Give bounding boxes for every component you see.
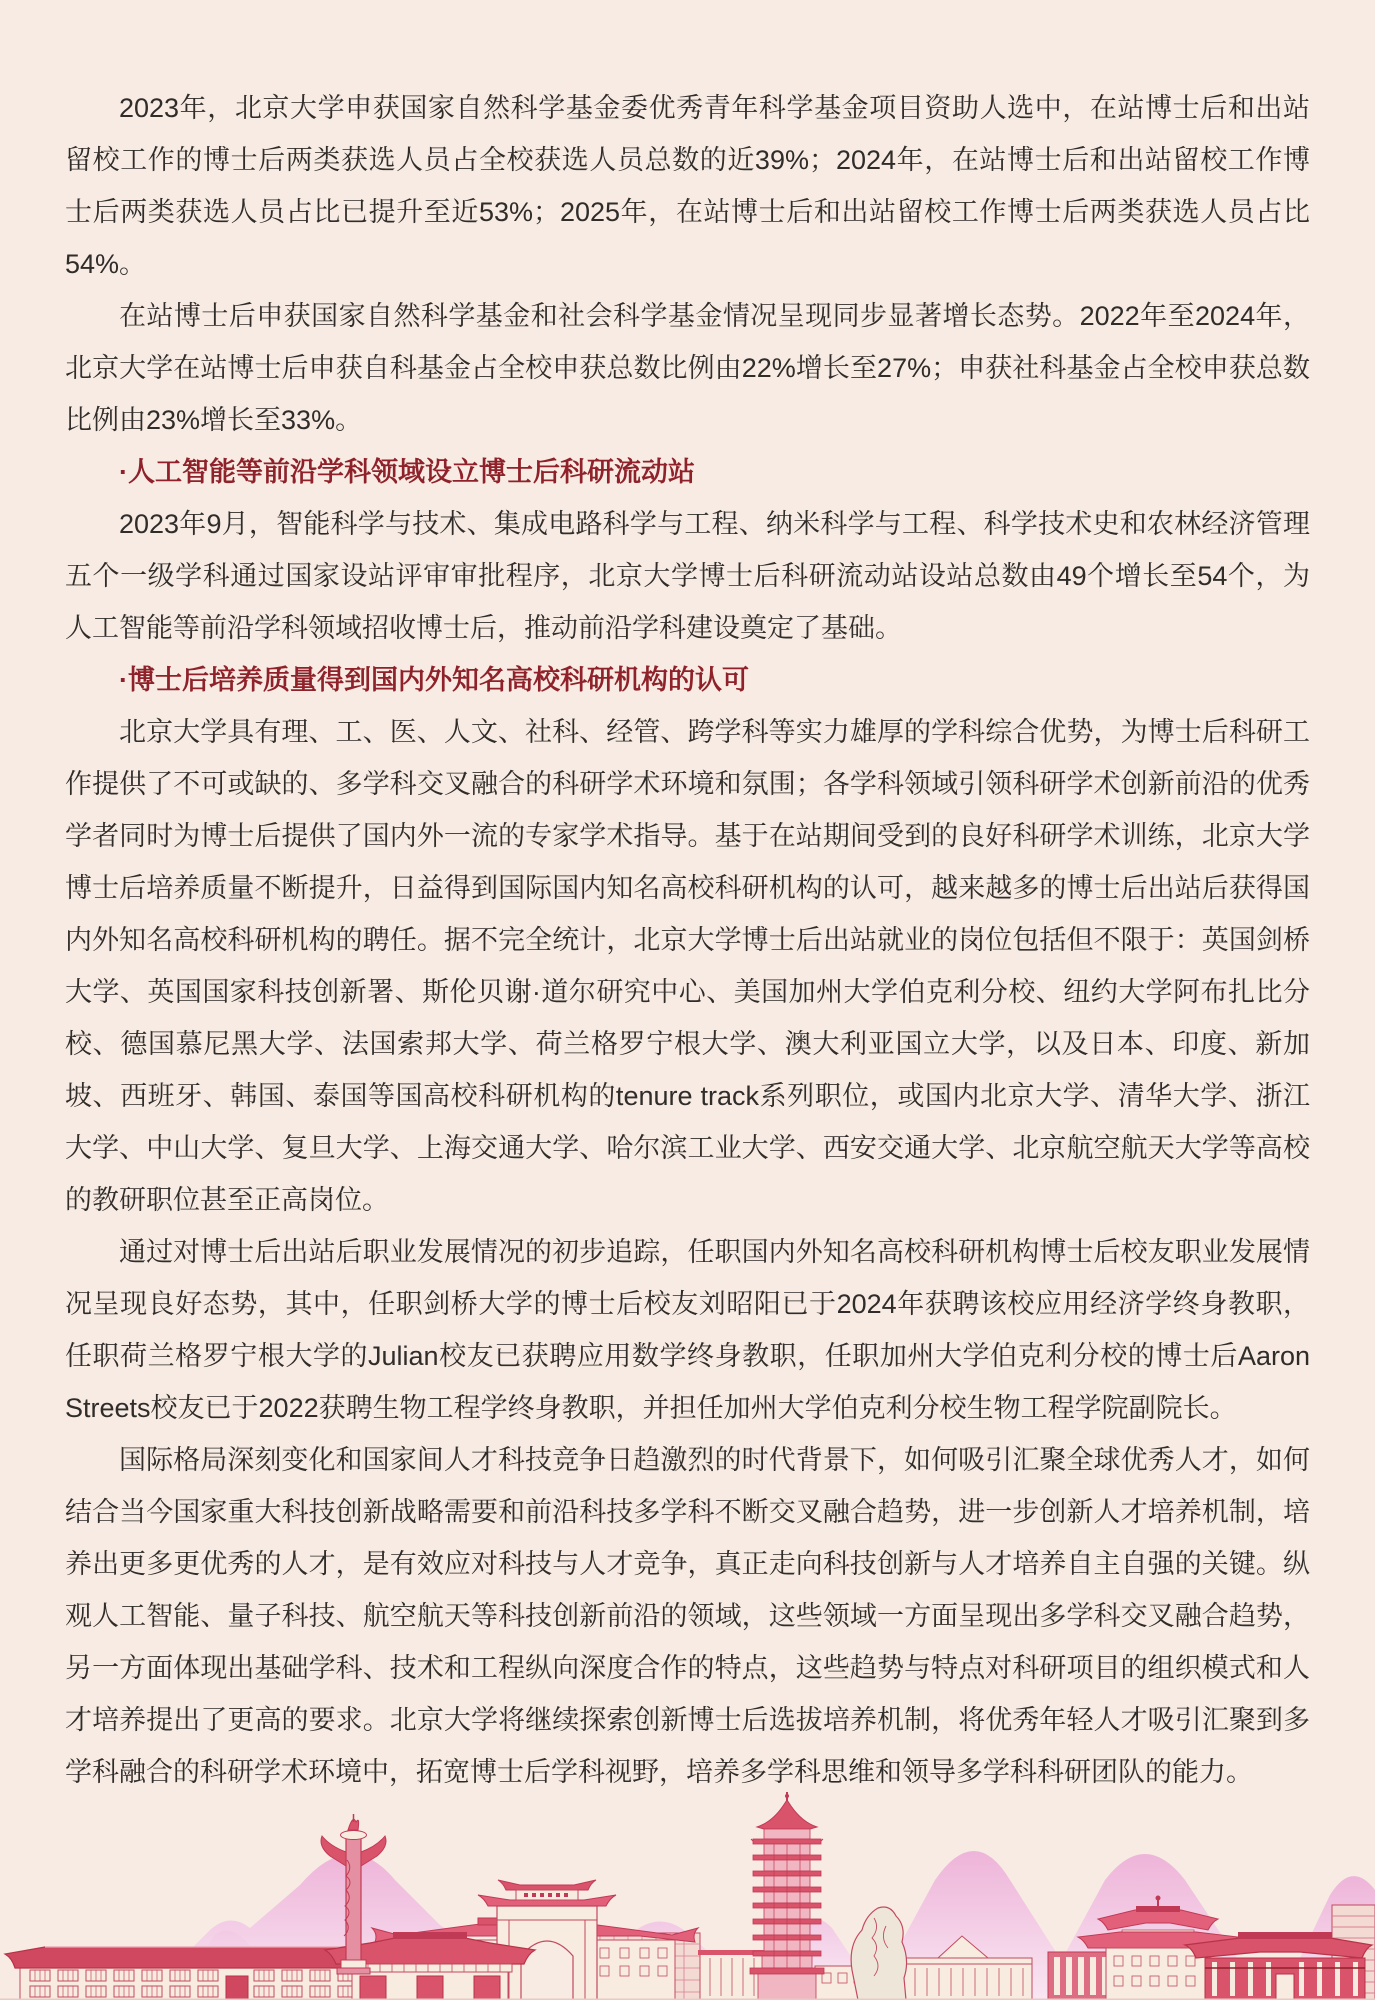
body-paragraph: 北京大学具有理、工、医、人文、社科、经管、跨学科等实力雄厚的学科综合优势，为博士… [65, 706, 1310, 1226]
body-paragraph: 2023年9月，智能科学与技术、集成电路科学与工程、纳米科学与工程、科学技术史和… [65, 498, 1310, 654]
body-paragraph: 通过对博士后出站后职业发展情况的初步追踪，任职国内外知名高校科研机构博士后校友职… [65, 1226, 1310, 1434]
article-body: 2023年，北京大学申获国家自然科学基金委优秀青年科学基金项目资助人选中，在站博… [65, 82, 1310, 1798]
boya-pagoda [750, 1792, 824, 2000]
skyline-svg [0, 1730, 1375, 2000]
section-heading: ·人工智能等前沿学科领域设立博士后科研流动站 [65, 446, 1310, 498]
boya-stone [851, 1907, 906, 2000]
section-heading: ·博士后培养质量得到国内外知名高校科研机构的认可 [65, 654, 1310, 706]
body-paragraph: 2023年，北京大学申获国家自然科学基金委优秀青年科学基金项目资助人选中，在站博… [65, 82, 1310, 290]
body-paragraph: 在站博士后申获国家自然科学基金和社会科学基金情况呈现同步显著增长态势。2022年… [65, 290, 1310, 446]
campus-skyline-illustration [0, 1730, 1375, 2000]
red-hall [1185, 1932, 1372, 2000]
colonnade-building [698, 1950, 766, 2000]
